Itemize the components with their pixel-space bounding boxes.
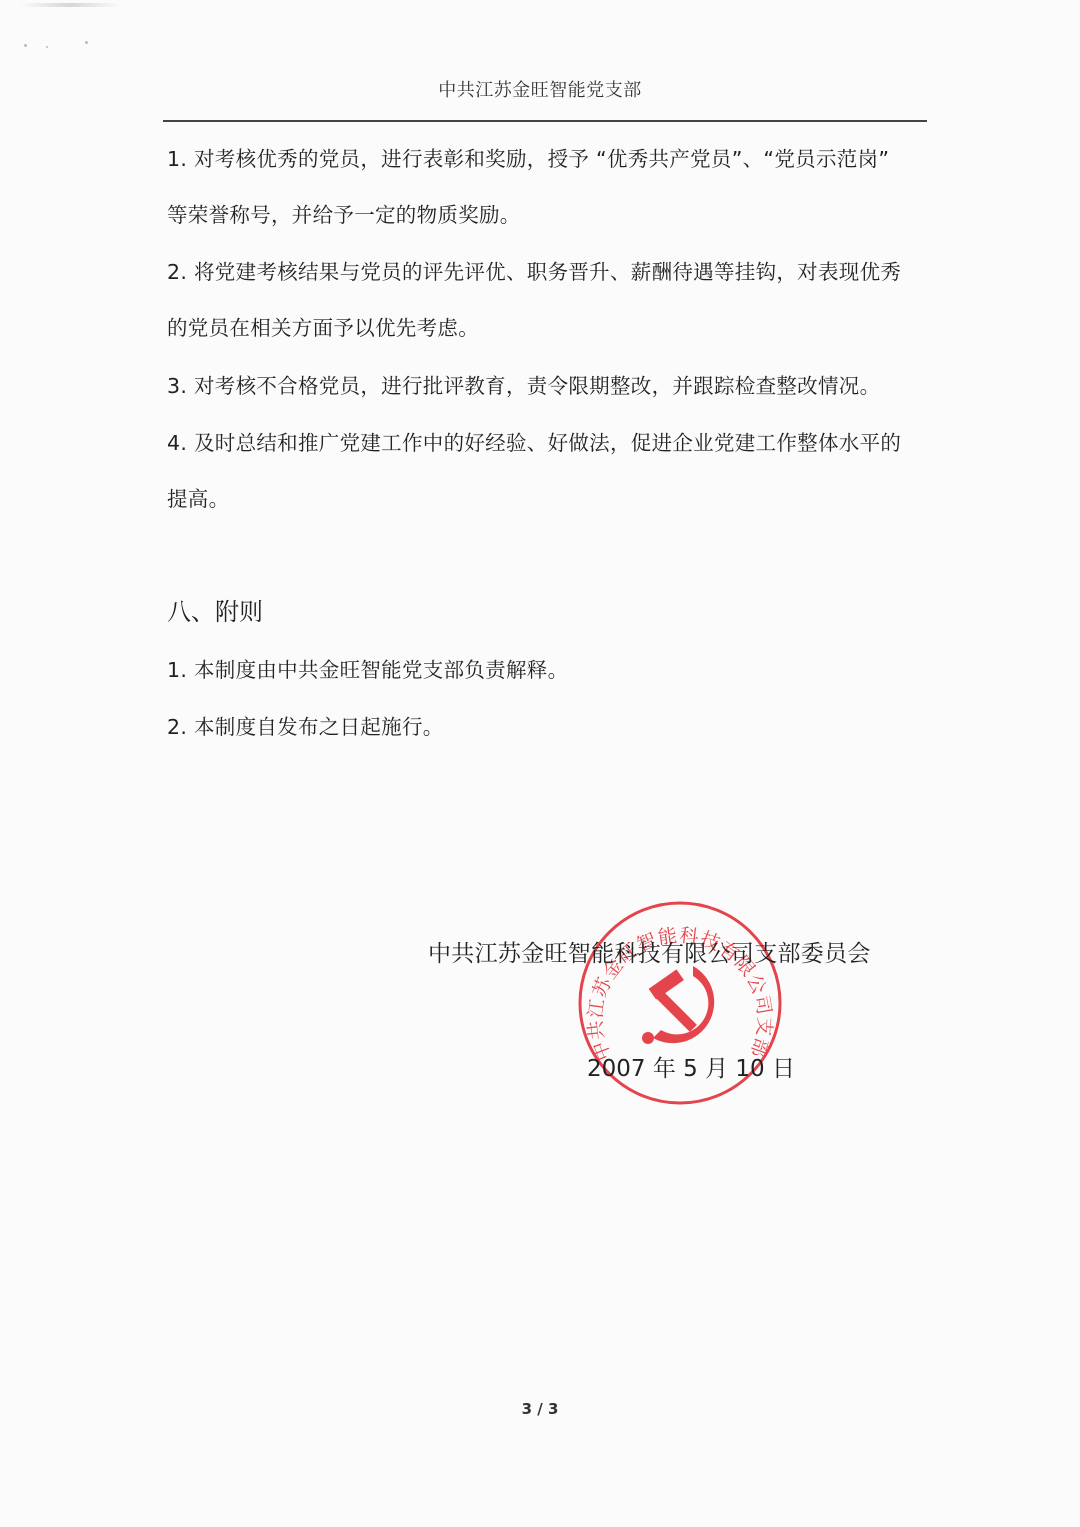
paragraph-3-line-1: 3. 对考核不合格党员，进行批评教育，责令限期整改，并跟踪检查整改情况。	[167, 358, 937, 415]
scan-artifact	[85, 41, 88, 44]
paragraph-1-line-1: 1. 对考核优秀的党员，进行表彰和奖励，授予 “优秀共产党员”、“党员示范岗”	[167, 131, 937, 188]
scan-artifact	[46, 46, 48, 48]
scan-artifact	[20, 3, 120, 7]
paragraph-2-line-2: 的党员在相关方面予以优先考虑。	[167, 300, 937, 357]
appendix-item-1: 1. 本制度由中共金旺智能党支部负责解释。	[167, 642, 937, 699]
page-number: 3 / 3	[0, 1400, 1080, 1418]
signature-organization: 中共江苏金旺智能科技有限公司支部委员会	[428, 935, 871, 968]
appendix-item-2: 2. 本制度自发布之日起施行。	[167, 699, 937, 756]
document-header-title: 中共江苏金旺智能党支部	[0, 76, 1080, 102]
header-divider	[163, 120, 927, 122]
paragraph-4-line-1: 4. 及时总结和推广党建工作中的好经验、好做法，促进企业党建工作整体水平的	[167, 415, 937, 472]
scan-artifact	[24, 44, 27, 47]
section-heading-appendix: 八、附则	[167, 592, 263, 627]
paragraph-4-line-2: 提高。	[167, 471, 937, 528]
hammer-and-sickle-icon	[642, 966, 714, 1044]
paragraph-2-line-1: 2. 将党建考核结果与党员的评先评优、职务晋升、薪酬待遇等挂钩，对表现优秀	[167, 244, 937, 301]
paragraph-1-line-2: 等荣誉称号，并给予一定的物质奖励。	[167, 187, 937, 244]
signature-date: 2007 年 5 月 10 日	[587, 1050, 795, 1083]
